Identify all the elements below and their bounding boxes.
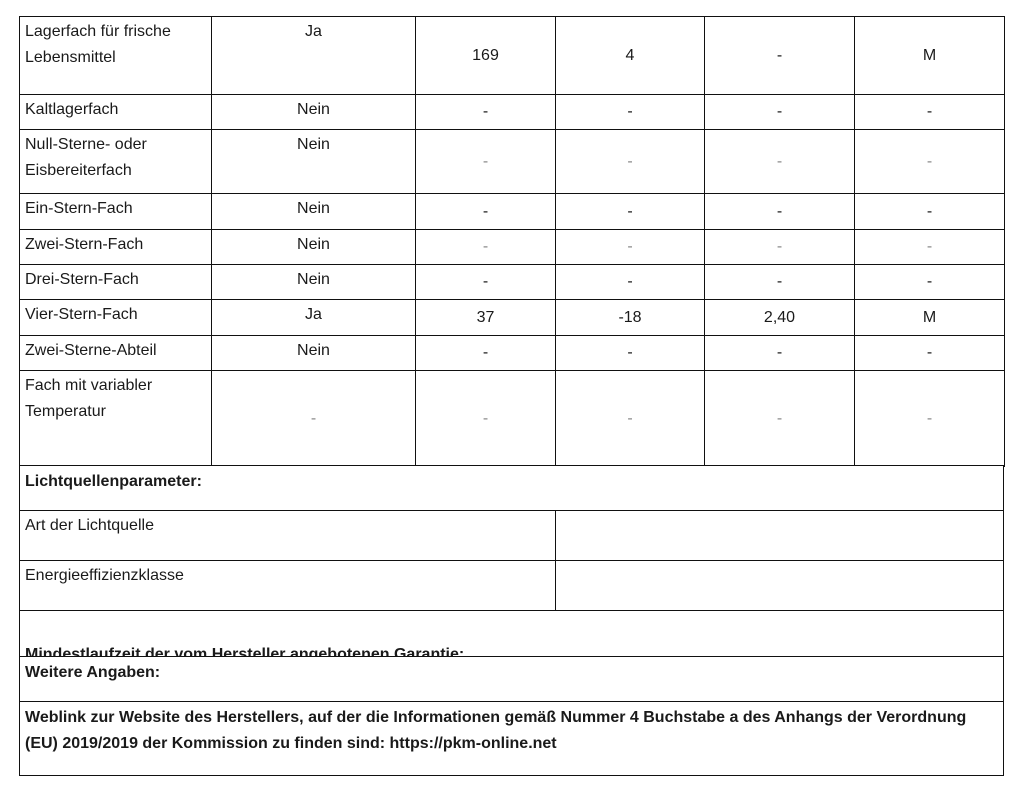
compartment-present: Nein bbox=[211, 335, 416, 371]
compartment-freezing-capacity: - bbox=[704, 264, 855, 300]
compartment-volume: 37 bbox=[415, 299, 556, 336]
compartment-climate-class: M bbox=[854, 299, 1005, 336]
compartment-present: Nein bbox=[211, 193, 416, 230]
compartment-label: Zwei-Sterne-Abteil bbox=[19, 335, 212, 371]
compartment-temperature: - bbox=[555, 370, 705, 467]
compartment-label: Fach mit variabler Temperatur bbox=[19, 370, 212, 467]
compartment-volume: 169 bbox=[415, 16, 556, 95]
energy-efficiency-class-value bbox=[555, 560, 1004, 611]
compartment-freezing-capacity: - bbox=[704, 370, 855, 467]
compartment-label: Null-Sterne- oder Eisbereiterfach bbox=[19, 129, 212, 194]
compartment-label: Drei-Stern-Fach bbox=[19, 264, 212, 300]
compartment-present: Nein bbox=[211, 129, 416, 194]
light-source-heading: Lichtquellenparameter: bbox=[19, 465, 1004, 511]
compartment-freezing-capacity: - bbox=[704, 16, 855, 95]
compartment-freezing-capacity: - bbox=[704, 94, 855, 130]
compartment-volume: - bbox=[415, 94, 556, 130]
compartment-volume: - bbox=[415, 264, 556, 300]
compartment-climate-class: - bbox=[854, 94, 1005, 130]
compartment-climate-class: - bbox=[854, 264, 1005, 300]
compartment-temperature: - bbox=[555, 264, 705, 300]
compartment-temperature: - bbox=[555, 94, 705, 130]
compartment-volume: - bbox=[415, 129, 556, 194]
compartment-volume: - bbox=[415, 229, 556, 265]
compartment-freezing-capacity: - bbox=[704, 335, 855, 371]
compartment-volume: - bbox=[415, 370, 556, 467]
compartment-present: Nein bbox=[211, 264, 416, 300]
compartment-temperature: - bbox=[555, 335, 705, 371]
compartment-temperature: - bbox=[555, 229, 705, 265]
manufacturer-weblink[interactable]: Weblink zur Website des Herstellers, auf… bbox=[19, 701, 1004, 776]
compartment-present: Nein bbox=[211, 94, 416, 130]
compartment-present: Ja bbox=[211, 299, 416, 336]
compartment-label: Kaltlagerfach bbox=[19, 94, 212, 130]
compartment-temperature: - bbox=[555, 129, 705, 194]
energy-efficiency-class-label: Energieeffizienzklasse bbox=[19, 560, 556, 611]
compartment-climate-class: M bbox=[854, 16, 1005, 95]
product-information-sheet: Lagerfach für frische LebensmittelJa1694… bbox=[19, 16, 1004, 776]
compartment-present: Nein bbox=[211, 229, 416, 265]
compartment-freezing-capacity: 2,40 bbox=[704, 299, 855, 336]
light-source-type-label: Art der Lichtquelle bbox=[19, 510, 556, 561]
compartment-label: Ein-Stern-Fach bbox=[19, 193, 212, 230]
compartment-climate-class: - bbox=[854, 229, 1005, 265]
compartment-climate-class: - bbox=[854, 129, 1005, 194]
compartment-volume: - bbox=[415, 335, 556, 371]
compartment-label: Lagerfach für frische Lebensmittel bbox=[19, 16, 212, 95]
compartment-climate-class: - bbox=[854, 335, 1005, 371]
compartment-present: - bbox=[211, 370, 416, 467]
warranty-row: Mindestlaufzeit der vom Hersteller angeb… bbox=[19, 610, 1004, 657]
compartment-temperature: 4 bbox=[555, 16, 705, 95]
compartment-volume: - bbox=[415, 193, 556, 230]
compartment-climate-class: - bbox=[854, 193, 1005, 230]
compartment-label: Vier-Stern-Fach bbox=[19, 299, 212, 336]
compartment-freezing-capacity: - bbox=[704, 129, 855, 194]
light-source-type-value bbox=[555, 510, 1004, 561]
compartment-temperature: -18 bbox=[555, 299, 705, 336]
compartment-climate-class: - bbox=[854, 370, 1005, 467]
compartment-temperature: - bbox=[555, 193, 705, 230]
compartment-freezing-capacity: - bbox=[704, 229, 855, 265]
additional-info-heading: Weitere Angaben: bbox=[19, 656, 1004, 702]
compartment-present: Ja bbox=[211, 16, 416, 95]
compartment-label: Zwei-Stern-Fach bbox=[19, 229, 212, 265]
compartment-freezing-capacity: - bbox=[704, 193, 855, 230]
